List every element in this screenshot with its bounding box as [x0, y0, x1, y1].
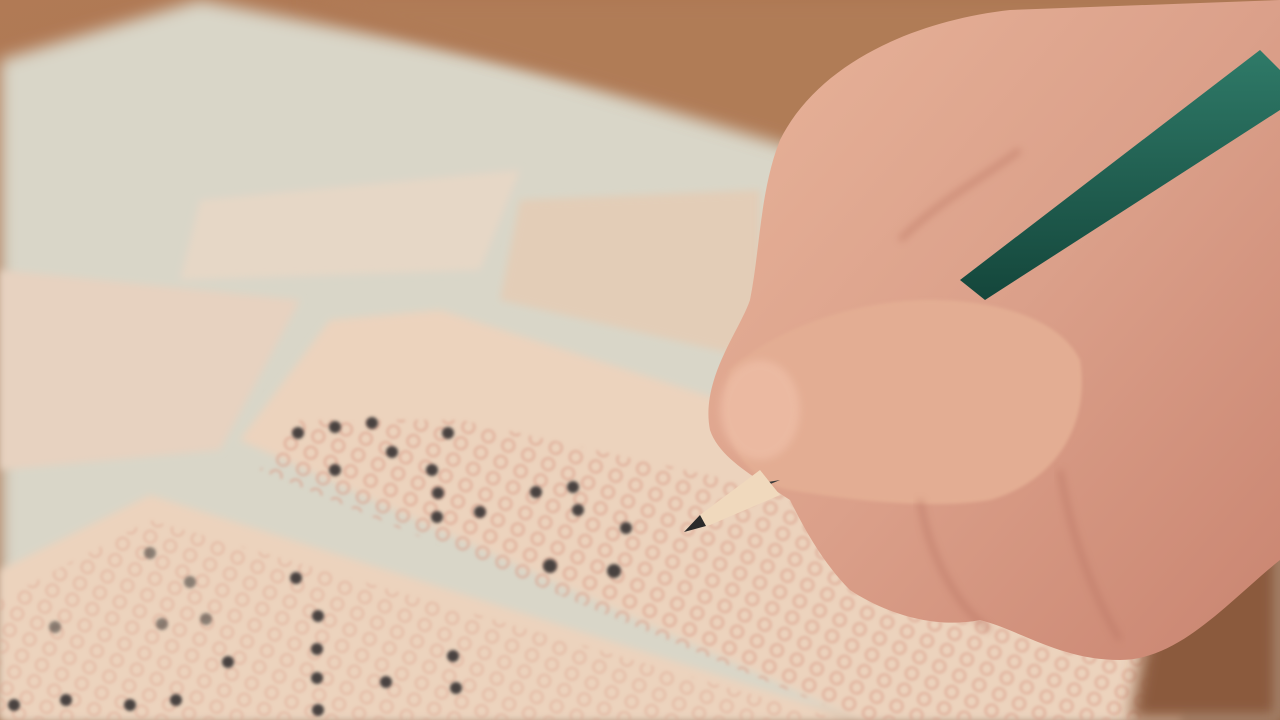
answer-sheet-photo: [0, 0, 1280, 720]
photo-scene: [0, 0, 1280, 720]
